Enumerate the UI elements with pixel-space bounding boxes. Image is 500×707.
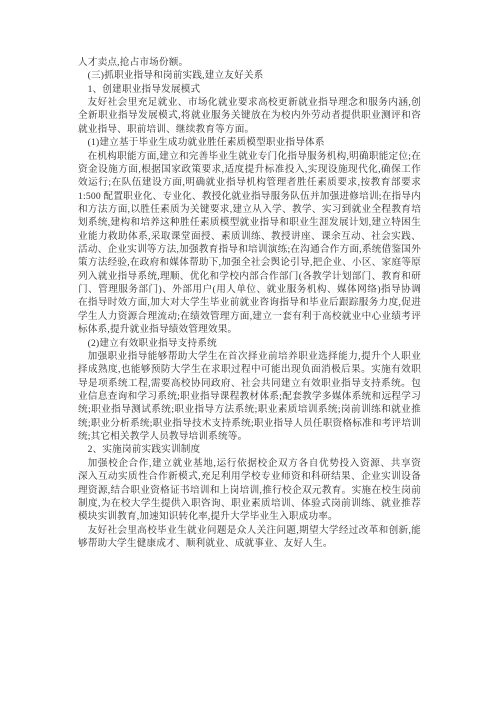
text-line: 统;职业分析系统;职业指导技术支持系统;职业指导人员任职资格标准和考评培训系 <box>78 417 421 430</box>
text-line: 策方法经验,在政府和媒体帮助下,加强全社会舆论引导,把企业、小区、家庭等原因 <box>78 256 421 269</box>
text-line: 列入就业指导系统,理顺、优化和学校内部合作部门(各教学计划部门、教育和研究部 <box>78 270 421 283</box>
text-line: 业能力救助体系,采取课堂面授、素质训练、教授讲座、课余互动、社会实践、创业 <box>78 230 421 243</box>
text-line: 模块实训教育,加速知识转化率,提升大学毕业生入职成功率。 <box>78 510 421 523</box>
text-line: (2)建立有效职业指导支持系统 <box>78 337 421 350</box>
text-line: 资金设施方面,根据国家政策要求,适度提升标准投入,实现设施现代化,确保工作有 <box>78 163 421 176</box>
text-line: 理资源,结合职业资格证书培训和上岗培训,推行校企双元教育。实施在校生岗前实训 <box>78 484 421 497</box>
text-line: 在机构职能方面,建立和完善毕业生就业专门化指导服务机构,明确职能定位;在 <box>78 150 421 163</box>
text-line: 1、创建职业指导发展模式 <box>78 83 421 96</box>
text-line: 就业指导、职前培训、继续教育等方面。 <box>78 123 421 136</box>
text-line: 门、管理服务部门)、外部用户(用人单位、就业服务机构、媒体网络)指导协调关系; <box>78 283 421 296</box>
text-line: 导是项系统工程,需要高校协同政府、社会共同建立有效职业指导支持系统。包含:职 <box>78 377 421 390</box>
text-line: 标体系,提升就业指导绩效管理效果。 <box>78 323 421 336</box>
text-line: 友好社会里高校毕业生就业问题是众人关注问题,期望大学经过改革和创新,能 <box>78 524 421 537</box>
text-line: 统;其它相关教学人员教导培训系统等。 <box>78 430 421 443</box>
text-line: 划系统,建构和培养这种胜任素质模型就业指导和职业生涯发展计划,建立特困生就 <box>78 216 421 229</box>
text-line: 全新职业指导发展模式,将就业服务关键放在为校内外劳动者提供职业测评和咨询、 <box>78 109 421 122</box>
text-line: 在指导时效方面,加大对大学生毕业前就业咨询指导和毕业后跟踪服务力度,促进大 <box>78 296 421 309</box>
text-line: 加强职业指导能够帮助大学生在首次择业前培养职业选择能力,提升个人职业选 <box>78 350 421 363</box>
text-line: (三)抓职业指导和岗前实践,建立友好关系 <box>78 69 421 82</box>
text-line: 制度,为在校大学生提供入职咨询、职业素质培训、体验式岗前训练、就业推荐等多 <box>78 497 421 510</box>
text-block: 人才卖点,抢占市场份额。(三)抓职业指导和岗前实践,建立友好关系1、创建职业指导… <box>78 56 421 550</box>
text-line: 加强校企合作,建立就业基地,运行依据校企双方各自优势投入资源、共享资源、 <box>78 457 421 470</box>
text-line: 1:500 配置职业化、专业化、教授化就业指导服务队伍并加强进修培训;在指导内容 <box>78 190 421 203</box>
text-line: 友好社会里充足就业、市场化就业要求高校更新就业指导理念和服务内涵,创建 <box>78 96 421 109</box>
text-line: 择成熟度,也能够预防大学生在求职过程中可能出现负面消极后果。实施有效职业指 <box>78 363 421 376</box>
text-line: 和方法方面,以胜任素质为关键要求,建立从入学、教学、实习到就业全程教育培训计 <box>78 203 421 216</box>
text-line: 2、实施岗前实践实训制度 <box>78 443 421 456</box>
text-line: 人才卖点,抢占市场份额。 <box>78 56 421 69</box>
text-line: 活动、企业实训等方法,加强教育指导和培训演练;在沟通合作方面,系统借鉴国外政 <box>78 243 421 256</box>
text-line: 业信息查询和学习系统;职业指导课程教材体系;配套教学多媒体系统和远程学习系 <box>78 390 421 403</box>
text-line: (1)建立基于毕业生成功就业胜任素质模型职业指导体系 <box>78 136 421 149</box>
text-line: 学生人力资源合理流动;在绩效管理方面,建立一套有利于高校就业中心业绩考评指 <box>78 310 421 323</box>
text-line: 效运行;在队伍建设方面,明确就业指导机构管理者胜任素质要求,按教育部要求 <box>78 176 421 189</box>
text-line: 深入互动实质性合作新模式,充足利用学校专业师资和科研结果、企业实训设备和管 <box>78 470 421 483</box>
text-line: 统;职业指导测试系统;职业指导方法系统;职业素质培训系统;岗前训练和就业推荐系 <box>78 403 421 416</box>
document-page: 人才卖点,抢占市场份额。(三)抓职业指导和岗前实践,建立友好关系1、创建职业指导… <box>0 0 500 707</box>
text-line: 够帮助大学生健康成才、顺利就业、成就事业、友好人生。 <box>78 537 421 550</box>
